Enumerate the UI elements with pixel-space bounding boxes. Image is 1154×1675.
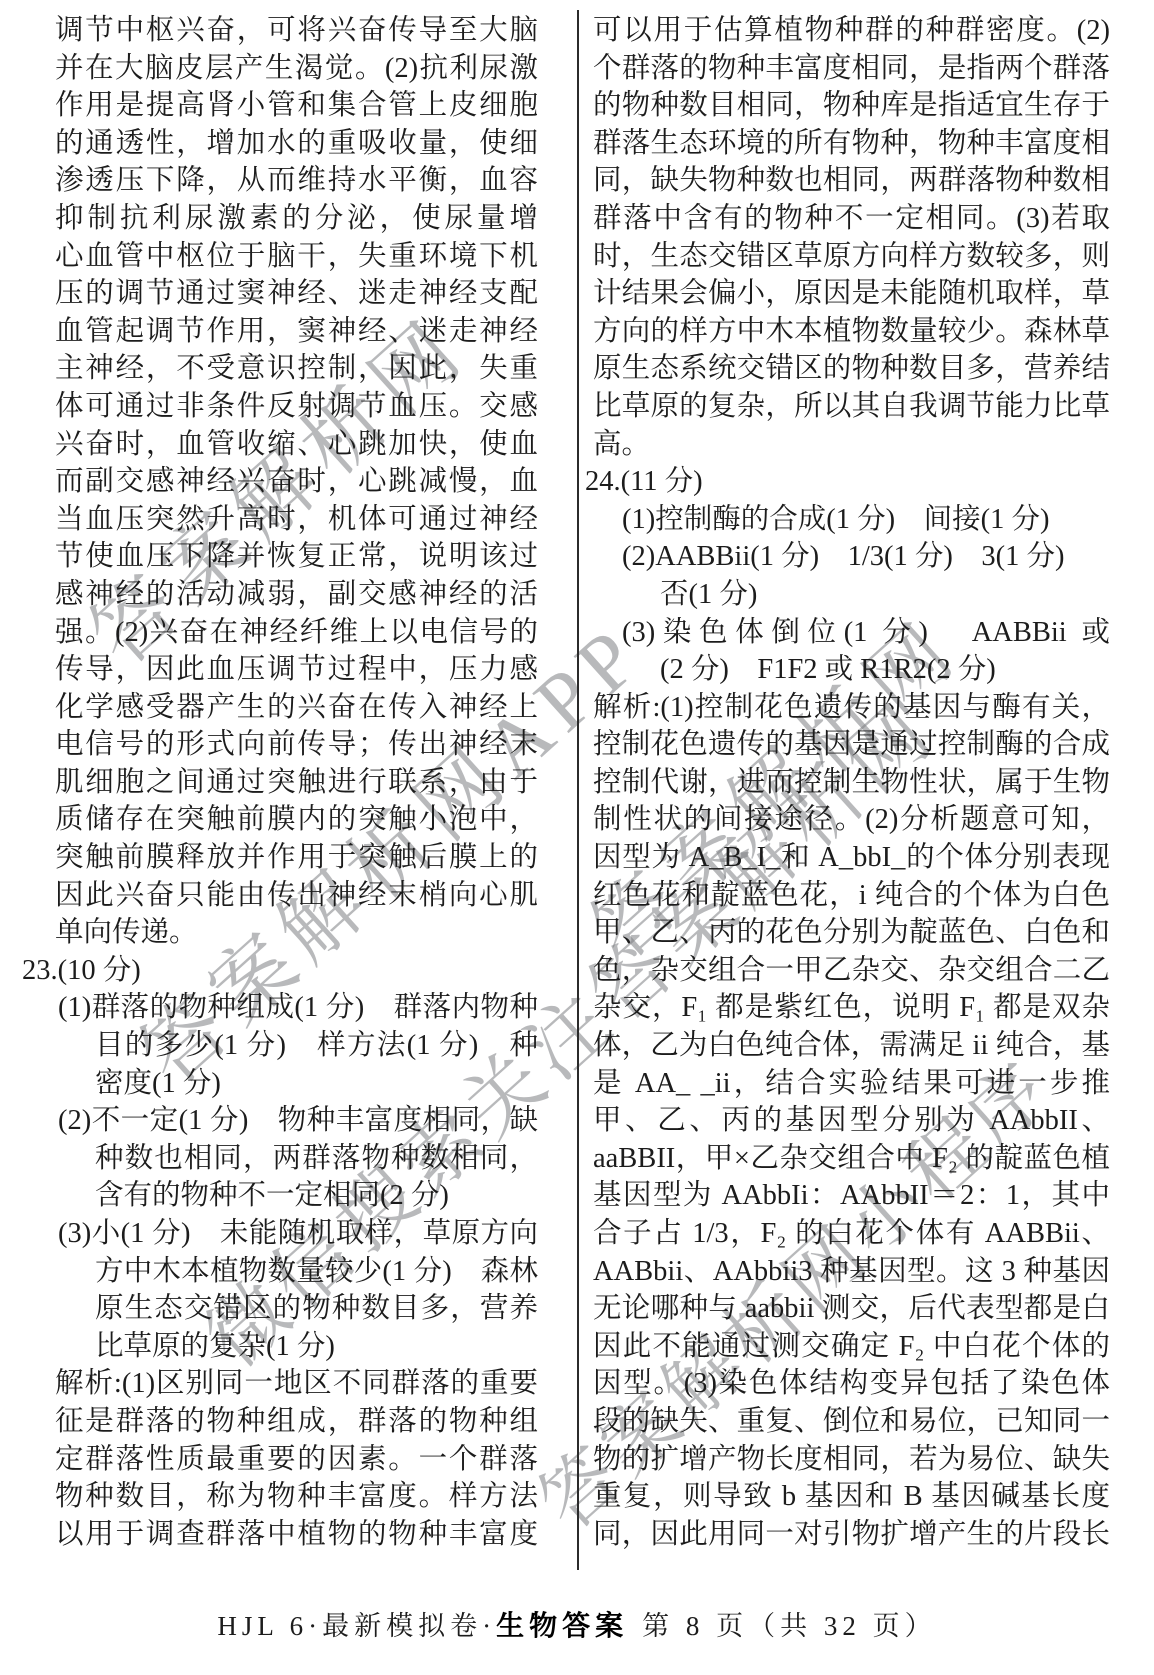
text-line: 甲、乙、丙的花色分别为靛蓝色、白色和红 xyxy=(593,914,1110,952)
text-line: (2 分) F1F2 或 R1R2(2 分) xyxy=(660,651,1110,689)
text-line: 比草原的复杂(1 分) xyxy=(95,1328,538,1366)
text-line: (2)AABBii(1 分) 1/3(1 分) 3(1 分) xyxy=(622,538,1110,576)
text-line: 调节中枢兴奋，可将兴奋传导至大脑皮层， xyxy=(55,12,538,50)
text-line: 定群落性质最重要的因素。一个群落中的 xyxy=(55,1441,538,1479)
text-line: 计结果会偏小，原因是未能随机取样，草原 xyxy=(593,275,1110,313)
text-line: 强。(2)兴奋在神经纤维上以电信号的形式 xyxy=(55,614,538,652)
text-line: 的物种数目相同，物种库是指适宜生存于某 xyxy=(593,87,1110,125)
text-line: 目的多少(1 分) 样方法(1 分) 种群 xyxy=(95,1027,538,1065)
text-line: 体，乙为白色纯合体，需满足 ii 纯合，基因型 xyxy=(593,1027,1110,1065)
text-line: 同，因此用同一对引物扩增产生的片段长度 xyxy=(593,1516,1110,1554)
text-line: 是 AA_ _ii，结合实验结果可进一步推知， xyxy=(593,1065,1110,1103)
text-line: 兴奋时，血管收缩、心跳加快，使血压升高。 xyxy=(55,426,538,464)
right-text-column: 可以用于估算植物种群的种群密度。(2)两个群落的物种丰富度相同，是指两个群落中的… xyxy=(593,12,1110,1553)
text-line: 以用于调查群落中植物的物种丰富度外，还 xyxy=(55,1516,538,1554)
left-text-column: 调节中枢兴奋，可将兴奋传导至大脑皮层，并在大脑皮层产生渴觉。(2)抗利尿激素的作… xyxy=(55,12,538,1553)
text-line: 含有的物种不一定相同(2 分) xyxy=(95,1177,538,1215)
text-line: AABbii、AAbbii3 种基因型。这 3 种基因型 xyxy=(593,1253,1110,1291)
text-line: 24.(11 分) xyxy=(585,463,1110,501)
text-line: 节使血压下降并恢复正常，说明该过程中交 xyxy=(55,538,538,576)
column-divider-line xyxy=(577,10,579,1570)
text-line: 因此兴奋只能由传出神经末梢向心肌细胞 xyxy=(55,877,538,915)
text-line: 23.(10 分) xyxy=(22,952,538,990)
text-line: (1)群落的物种组成(1 分) 群落内物种数 xyxy=(58,989,538,1027)
text-line: 无论哪种与 aabbii 测交，后代表型都是白花， xyxy=(593,1290,1110,1328)
text-line: 主神经，不受意识控制，因此，失重环境下机 xyxy=(55,350,538,388)
text-line: (3)染色体倒位(1 分) AABBii 或 AABbii xyxy=(622,614,1110,652)
text-line: 段的缺失、重复、倒位和易位，已知同一对引 xyxy=(593,1403,1110,1441)
text-line: 比草原的复杂，所以其自我调节能力比草原 xyxy=(593,388,1110,426)
text-line: 突触前膜释放并作用于突触后膜上的受体， xyxy=(55,839,538,877)
text-line: 红色花和靛蓝色花，i 纯合的个体为白色花， xyxy=(593,877,1110,915)
text-line: 杂交，F₁ 都是紫红色，说明 F₁ 都是双杂合个 xyxy=(593,989,1110,1027)
text-line: 抑制抗利尿激素的分泌，使尿量增多。(3) xyxy=(55,200,538,238)
text-line: 控制代谢，进而控制生物性状，属于生物控 xyxy=(593,764,1110,802)
text-line: 质储存在突触前膜内的突触小泡中，只能由 xyxy=(55,801,538,839)
text-line: 甲、乙、丙的基因型分别为 AAbbII、AABBii、 xyxy=(593,1102,1110,1140)
text-line: 原生态系统交错区的物种数目多，营养结构 xyxy=(593,350,1110,388)
text-line: 密度(1 分) xyxy=(95,1065,538,1103)
text-line: 征是群落的物种组成，群落的物种组成是决 xyxy=(55,1403,538,1441)
text-line: 血管起调节作用，窦神经、迷走神经属于自 xyxy=(55,313,538,351)
footer-page-number: 第 8 页（共 32 页） xyxy=(642,1611,937,1641)
text-line: 否(1 分) xyxy=(660,576,1110,614)
footer-subject-title: 生物答案 xyxy=(496,1611,628,1642)
text-line: 基因型为 AAbbIi：AAbbII＝2：1，其中纯 xyxy=(593,1177,1110,1215)
text-line: 因此不能通过测交确定 F₂ 中白花个体的基 xyxy=(593,1328,1110,1366)
text-line: 方中木本植物数量较少(1 分) 森林草 xyxy=(95,1253,538,1291)
text-line: 渗透压下降，从而维持水平衡，血容量增加， xyxy=(55,162,538,200)
text-line: (1)控制酶的合成(1 分) 间接(1 分) xyxy=(622,501,1110,539)
text-line: 制性状的间接途径。(2)分析题意可知，基 xyxy=(593,801,1110,839)
text-line: 同，缺失物种数也相同，两群落物种数相同， xyxy=(593,162,1110,200)
footer-exam-title: HJL 6·最新模拟卷· xyxy=(217,1611,496,1641)
text-line: 体可通过非条件反射调节血压。交感神经 xyxy=(55,388,538,426)
text-line: 并在大脑皮层产生渴觉。(2)抗利尿激素的 xyxy=(55,50,538,88)
text-line: 解析:(1)控制花色遗传的基因与酶有关，故 xyxy=(593,689,1110,727)
text-line: 物的扩增产物长度相同，若为易位、缺失和 xyxy=(593,1441,1110,1479)
page-footer: HJL 6·最新模拟卷·生物答案第 8 页（共 32 页） xyxy=(0,1604,1154,1644)
text-line: (3)小(1 分) 未能随机取样，草原方向的样 xyxy=(58,1215,538,1253)
text-line: 种数也相同，两群落物种数相同，群落中 xyxy=(95,1140,538,1178)
text-line: 物种数目，称为物种丰富度。样方法除了可 xyxy=(55,1478,538,1516)
text-line: 传导，因此血压调节过程中，压力感受器和 xyxy=(55,651,538,689)
text-line: 高。 xyxy=(593,426,1110,464)
text-line: 原生态交错区的物种数目多，营养结构 xyxy=(95,1290,538,1328)
text-line: 肌细胞之间通过突触进行联系，由于神经递 xyxy=(55,764,538,802)
text-line: 感神经的活动减弱，副交感神经的活动增 xyxy=(55,576,538,614)
text-line: 当血压突然升高时，机体可通过神经体液调 xyxy=(55,501,538,539)
text-line: 心血管中枢位于脑干，失重环境下机体对血 xyxy=(55,238,538,276)
text-line: 作用是提高肾小管和集合管上皮细胞对水 xyxy=(55,87,538,125)
text-line: 因型为 A_B_I_和 A_bbI_的个体分别表现紫 xyxy=(593,839,1110,877)
text-line: 重复，则导致 b 基因和 B 基因碱基长度不 xyxy=(593,1478,1110,1516)
text-line: 而副交感神经兴奋时，心跳减慢，血压降低。 xyxy=(55,463,538,501)
text-line: 解析:(1)区别同一地区不同群落的重要特 xyxy=(55,1365,538,1403)
text-line: 化学感受器产生的兴奋在传入神经上都以 xyxy=(55,689,538,727)
text-line: 单向传递。 xyxy=(55,914,538,952)
text-line: aaBBII，甲×乙杂交组合中 F₂ 的靛蓝色植株 xyxy=(593,1140,1110,1178)
text-line: 可以用于估算植物种群的种群密度。(2)两 xyxy=(593,12,1110,50)
text-line: 因型。(3)染色体结构变异包括了染色体片 xyxy=(593,1365,1110,1403)
text-line: 色，杂交组合一甲乙杂交、杂交组合二乙丙 xyxy=(593,952,1110,990)
text-line: 的通透性，增加水的重吸收量，使细胞外液 xyxy=(55,125,538,163)
text-line: 方向的样方中木本植物数量较少。森林草 xyxy=(593,313,1110,351)
text-line: 合子占 1/3，F₂ 的白花个体有 AABBii、 xyxy=(593,1215,1110,1253)
text-line: 压的调节通过窦神经、迷走神经支配心脏和 xyxy=(55,275,538,313)
text-line: 电信号的形式向前传导；传出神经末梢和心 xyxy=(55,726,538,764)
text-line: 个群落的物种丰富度相同，是指两个群落中 xyxy=(593,50,1110,88)
answer-sheet-page: 调节中枢兴奋，可将兴奋传导至大脑皮层，并在大脑皮层产生渴觉。(2)抗利尿激素的作… xyxy=(0,0,1154,1675)
text-line: 群落中含有的物种不一定相同。(3)若取样 xyxy=(593,200,1110,238)
text-line: 时，生态交错区草原方向样方数较多，则统 xyxy=(593,238,1110,276)
text-line: 控制花色遗传的基因是通过控制酶的合成 xyxy=(593,726,1110,764)
text-line: (2)不一定(1 分) 物种丰富度相同，缺失物 xyxy=(58,1102,538,1140)
text-line: 群落生态环境的所有物种，物种丰富度相 xyxy=(593,125,1110,163)
